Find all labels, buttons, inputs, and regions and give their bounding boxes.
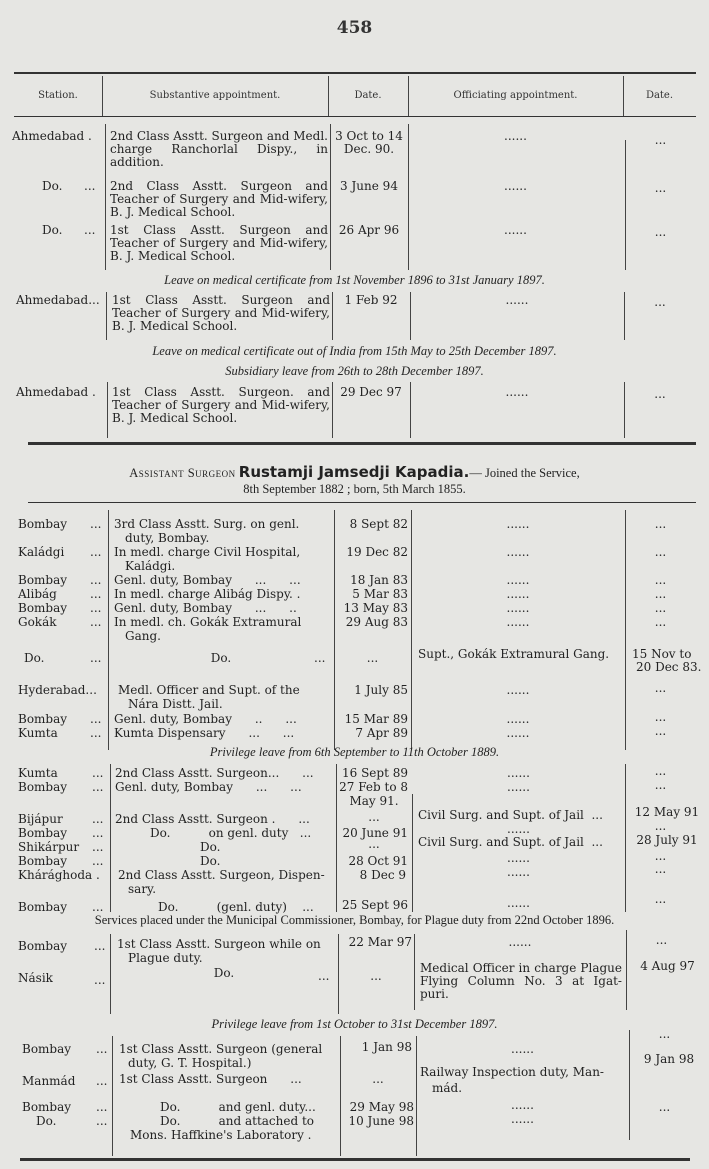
station-cell: Bombay <box>22 1043 71 1056</box>
off-date-cell: 12 May 91 <box>625 806 709 819</box>
off-date-cell: ... <box>625 616 696 629</box>
off-date-cell: ... <box>625 779 696 792</box>
substantive-cell: Do. and attached to <box>160 1115 314 1128</box>
substantive-cell: Genl. duty, Bombay ... ... <box>114 574 301 587</box>
substantive-dots: ... <box>314 652 325 665</box>
station-cell: Manmád <box>22 1075 75 1088</box>
officiating-cell-cont: mád. <box>432 1082 462 1095</box>
officiating-cell: ...... <box>411 588 625 601</box>
person-dates: 8th September 1882 ; born, 5th March 185… <box>243 482 466 496</box>
off-date-cell: ... <box>625 182 696 195</box>
date-cell: 26 Apr 96 <box>333 224 405 237</box>
station-cell: Bombay <box>18 518 67 531</box>
leave-note: Leave on medical certificate from 1st No… <box>0 273 709 288</box>
col-divider <box>332 382 333 438</box>
officiating-cell: ...... <box>408 224 623 237</box>
station-cell: Khárághoda . <box>18 869 100 882</box>
date-cell: ... <box>336 811 412 824</box>
section-divider-rule <box>28 442 696 445</box>
date-cell: 19 Dec 82 <box>334 546 408 559</box>
col-header-off-date: Date. <box>623 90 696 101</box>
station-dots: ... <box>90 727 101 740</box>
off-date-cell: ... <box>629 1028 700 1041</box>
person-rank: Assistant Surgeon <box>129 466 235 480</box>
officiating-cell: ...... <box>408 130 623 143</box>
off-date-cell: ... <box>624 296 696 309</box>
date-cell: 29 May 98 <box>340 1101 414 1114</box>
date-cell: ... <box>338 970 414 983</box>
col-divider <box>107 382 108 438</box>
date-cell: 7 Apr 89 <box>334 727 408 740</box>
section-rule <box>28 502 696 503</box>
officiating-cell: ...... <box>408 180 623 193</box>
person-heading: Assistant Surgeon Rustamji Jamsedji Kapa… <box>0 464 709 497</box>
station-cell: Hyderabad... <box>18 684 97 697</box>
substantive-cell: 1st Class Asstt. Surgeon (general <box>119 1043 322 1056</box>
station-dots: ... <box>90 602 101 615</box>
off-date-cell: ... <box>626 934 697 947</box>
col-header-station: Station. <box>14 90 102 101</box>
date-cell: 8 Dec 9 <box>336 869 406 882</box>
station-dots: ... <box>94 974 105 987</box>
col-divider <box>105 124 106 270</box>
station-cell: Kaládgi <box>18 546 64 559</box>
officiating-cell: Civil Surg. and Supt. of Jail ... <box>418 836 603 849</box>
plague-duty-note: Services placed under the Municipal Comm… <box>0 913 709 928</box>
substantive-cell-cont: duty, Bombay. <box>125 532 209 545</box>
date-cell: ... <box>340 1073 416 1086</box>
station-cell: Bombay <box>18 855 67 868</box>
station-dots: ... <box>90 616 101 629</box>
station-dots: ... <box>84 224 95 237</box>
date-cell: ... <box>334 652 411 665</box>
leave-note: Privilege leave from 1st October to 31st… <box>0 1017 709 1032</box>
date-cell: 28 Oct 91 <box>336 855 408 868</box>
station-cell: Násik <box>18 972 53 985</box>
substantive-cell: 2nd Class Asstt. Surgeon, Dispen- <box>118 869 325 882</box>
substantive-cell: 2nd Class Asstt. Surgeon and Teacher of … <box>110 180 328 219</box>
date-cell: 10 June 98 <box>340 1115 414 1128</box>
officiating-cell: Civil Surg. and Supt. of Jail ... <box>418 809 603 822</box>
substantive-cell: 1st Class Asstt. Surgeon and Teacher of … <box>112 294 330 333</box>
leave-note: Subsidiary leave from 26th to 28th Decem… <box>0 364 709 379</box>
officiating-cell: ...... <box>410 294 624 307</box>
officiating-cell: ...... <box>411 574 625 587</box>
station-cell: Bombay <box>22 1101 71 1114</box>
substantive-cell-cont: Nára Distt. Jail. <box>128 698 223 711</box>
off-date-cell-cont: 20 Dec 83. <box>636 661 701 674</box>
date-cell: 1 July 85 <box>334 684 408 697</box>
officiating-cell: ...... <box>416 1113 629 1126</box>
station-cell: Bombay <box>18 827 67 840</box>
col-divider <box>110 764 111 912</box>
station-cell: Ahmedabad . <box>12 130 92 143</box>
col-divider <box>332 292 333 340</box>
station-cell: Bombay <box>18 940 67 953</box>
station-dots: ... <box>92 767 103 780</box>
off-date-cell: ... <box>625 765 696 778</box>
col-header-substantive: Substantive appointment. <box>102 90 328 101</box>
substantive-cell-cont: Kaládgi. <box>125 560 175 573</box>
leave-note: Leave on medical certificate out of Indi… <box>0 344 709 359</box>
officiating-cell: ...... <box>411 518 625 531</box>
date-cell: 1 Feb 92 <box>334 294 408 307</box>
station-cell: Kumta <box>18 727 58 740</box>
officiating-cell: ...... <box>411 546 625 559</box>
substantive-cell: 3rd Class Asstt. Surg. on genl. <box>114 518 299 531</box>
substantive-cell: In medl. charge Alibág Dispy. . <box>114 588 300 601</box>
off-date-cell: ... <box>625 546 696 559</box>
substantive-cell: Do. <box>200 855 220 868</box>
station-dots: ... <box>96 1101 107 1114</box>
date-cell: 18 Jan 83 <box>334 574 408 587</box>
off-date-cell: ... <box>625 226 696 239</box>
header-bottom-rule <box>14 116 696 117</box>
officiating-cell: ...... <box>416 1099 629 1112</box>
col-divider <box>330 124 331 270</box>
officiating-cell: Supt., Gokák Extramural Gang. <box>418 648 609 661</box>
substantive-cell: 1st Class Asstt. Surgeon and Teacher of … <box>110 224 328 263</box>
date-cell: 1 Jan 98 <box>340 1041 412 1054</box>
station-dots: ... <box>96 1075 107 1088</box>
station-cell: Do. <box>24 652 44 665</box>
off-date-cell: ... <box>625 725 696 738</box>
station-dots: ... <box>84 180 95 193</box>
page-number: 458 <box>0 18 709 38</box>
station-dots: ... <box>92 813 103 826</box>
station-dots: ... <box>92 827 103 840</box>
officiating-cell: ...... <box>411 713 625 726</box>
substantive-cell-cont: Plague duty. <box>128 952 203 965</box>
station-dots: ... <box>90 588 101 601</box>
substantive-cell: Genl. duty, Bombay ... ... <box>115 781 302 794</box>
date-cell: 5 Mar 83 <box>334 588 408 601</box>
substantive-cell: Do. <box>200 841 220 854</box>
date-cell: 3 June 94 <box>333 180 405 193</box>
substantive-cell: Do. <box>110 967 338 980</box>
substantive-cell: Do. on genl. duty ... <box>150 827 311 840</box>
station-cell: Shikárpur <box>18 841 79 854</box>
station-dots: ... <box>90 713 101 726</box>
officiating-cell: ...... <box>416 1043 629 1056</box>
date-cell: 3 Oct to 14 Dec. 90. <box>333 130 405 156</box>
off-date-cell: ... <box>625 863 696 876</box>
substantive-cell: In medl. ch. Gokák Extramural <box>114 616 301 629</box>
date-cell-cont: May 91. <box>336 795 412 808</box>
date-cell: 13 May 83 <box>334 602 408 615</box>
substantive-cell: Kumta Dispensary ... ... <box>114 727 294 740</box>
off-date-cell: ... <box>625 893 696 906</box>
date-cell: 16 Sept 89 <box>336 767 408 780</box>
station-cell: Gokák <box>18 616 57 629</box>
substantive-cell-cont: duty, G. T. Hospital.) <box>128 1057 251 1070</box>
date-cell: 25 Sept 96 <box>336 899 408 912</box>
officiating-cell: Railway Inspection duty, Man- <box>420 1066 604 1079</box>
substantive-cell: 2nd Class Asstt. Surgeon and Medl. charg… <box>110 130 328 169</box>
station-cell: Bombay <box>18 602 67 615</box>
station-cell: Do. <box>42 224 62 237</box>
substantive-cell: Genl. duty, Bombay .. ... <box>114 713 297 726</box>
officiating-cell: ...... <box>412 767 625 780</box>
station-cell: Kumta <box>18 767 58 780</box>
substantive-cell: Do. <box>108 652 334 665</box>
date-cell: ... <box>336 838 412 851</box>
date-cell: 8 Sept 82 <box>334 518 408 531</box>
person-name: Rustamji Jamsedji Kapadia. <box>239 463 470 481</box>
officiating-cell: ...... <box>412 852 625 865</box>
col-divider <box>106 292 107 340</box>
off-date-cell: ... <box>625 518 696 531</box>
leave-note: Privilege leave from 6th September to 11… <box>0 745 709 760</box>
substantive-cell-cont: Mons. Haffkine's Laboratory . <box>130 1129 312 1142</box>
officiating-cell: ...... <box>411 684 625 697</box>
substantive-dots: ... <box>318 970 329 983</box>
station-cell: Alibág <box>18 588 57 601</box>
officiating-cell: ...... <box>411 616 625 629</box>
off-date-cell: ... <box>629 1101 700 1114</box>
substantive-cell: In medl. charge Civil Hospital, <box>114 546 300 559</box>
station-cell: Bombay <box>18 781 67 794</box>
station-dots: ... <box>92 841 103 854</box>
substantive-cell-cont: Gang. <box>125 630 161 643</box>
station-dots: ... <box>96 1115 107 1128</box>
col-divider <box>629 1030 630 1140</box>
station-dots: ... <box>92 781 103 794</box>
substantive-cell: Medl. Officer and Supt. of the <box>118 684 300 697</box>
off-date-cell: ... <box>624 388 696 401</box>
station-dots: ... <box>96 1043 107 1056</box>
station-cell: Bombay <box>18 574 67 587</box>
station-dots: ... <box>90 518 101 531</box>
off-date-cell: ... <box>625 588 696 601</box>
officiating-cell: ...... <box>412 866 625 879</box>
off-date-cell: ... <box>625 134 696 147</box>
station-dots: ... <box>90 546 101 559</box>
station-cell: Ahmedabad... <box>16 294 100 307</box>
col-divider <box>408 124 409 270</box>
officiating-cell: ...... <box>410 386 624 399</box>
col-divider <box>112 1036 113 1156</box>
officiating-cell: Medical Officer in charge Plague Flying … <box>420 962 622 1001</box>
substantive-cell: Genl. duty, Bombay ... .. <box>114 602 297 615</box>
station-cell: Do. <box>36 1115 56 1128</box>
station-cell: Do. <box>42 180 62 193</box>
col-header-date: Date. <box>328 90 408 101</box>
substantive-cell: 1st Class Asstt. Surgeon. and Teacher of… <box>112 386 330 425</box>
station-dots: ... <box>94 940 105 953</box>
substantive-cell-cont: sary. <box>128 883 156 896</box>
off-date-cell: ... <box>625 602 696 615</box>
date-cell: 15 Mar 89 <box>334 713 408 726</box>
col-divider <box>625 140 626 270</box>
off-date-cell: 28 July 91 <box>625 834 709 847</box>
date-cell: 29 Aug 83 <box>334 616 408 629</box>
header-top-rule <box>14 72 696 74</box>
off-date-cell: ... <box>625 682 696 695</box>
substantive-cell: 2nd Class Asstt. Surgeon . ... <box>115 813 310 826</box>
substantive-cell: 1st Class Asstt. Surgeon while on <box>117 938 321 951</box>
off-date-cell: 4 Aug 97 <box>626 960 709 973</box>
date-cell: 27 Feb to 8 <box>336 781 408 794</box>
officiating-cell: ...... <box>412 781 625 794</box>
page-bottom-rule <box>20 1158 690 1161</box>
col-divider <box>108 510 109 750</box>
col-divider <box>340 1036 341 1156</box>
officiating-cell: ...... <box>411 727 625 740</box>
date-cell: 22 Mar 97 <box>340 936 412 949</box>
station-dots: ... <box>92 855 103 868</box>
substantive-cell: Do. and genl. duty... <box>160 1101 316 1114</box>
col-header-officiating: Officiating appointment. <box>408 90 623 101</box>
station-cell: Bijápur <box>18 813 63 826</box>
station-cell: Bombay <box>18 713 67 726</box>
date-cell: 29 Dec 97 <box>334 386 408 399</box>
officiating-cell: ...... <box>411 602 625 615</box>
off-date-cell: 9 Jan 98 <box>629 1053 709 1066</box>
station-dots: ... <box>90 652 101 665</box>
off-date-cell: ... <box>625 574 696 587</box>
officiating-cell: ...... <box>414 936 626 949</box>
station-dots: ... <box>90 574 101 587</box>
substantive-cell: 2nd Class Asstt. Surgeon... ... <box>115 767 314 780</box>
off-date-cell: ... <box>625 711 696 724</box>
officiating-cell: ...... <box>412 897 625 910</box>
person-joined: — Joined the Service, <box>469 466 579 480</box>
substantive-cell: 1st Class Asstt. Surgeon ... <box>119 1073 302 1086</box>
station-cell: Ahmedabad . <box>16 386 96 399</box>
off-date-cell: ... <box>625 820 696 833</box>
